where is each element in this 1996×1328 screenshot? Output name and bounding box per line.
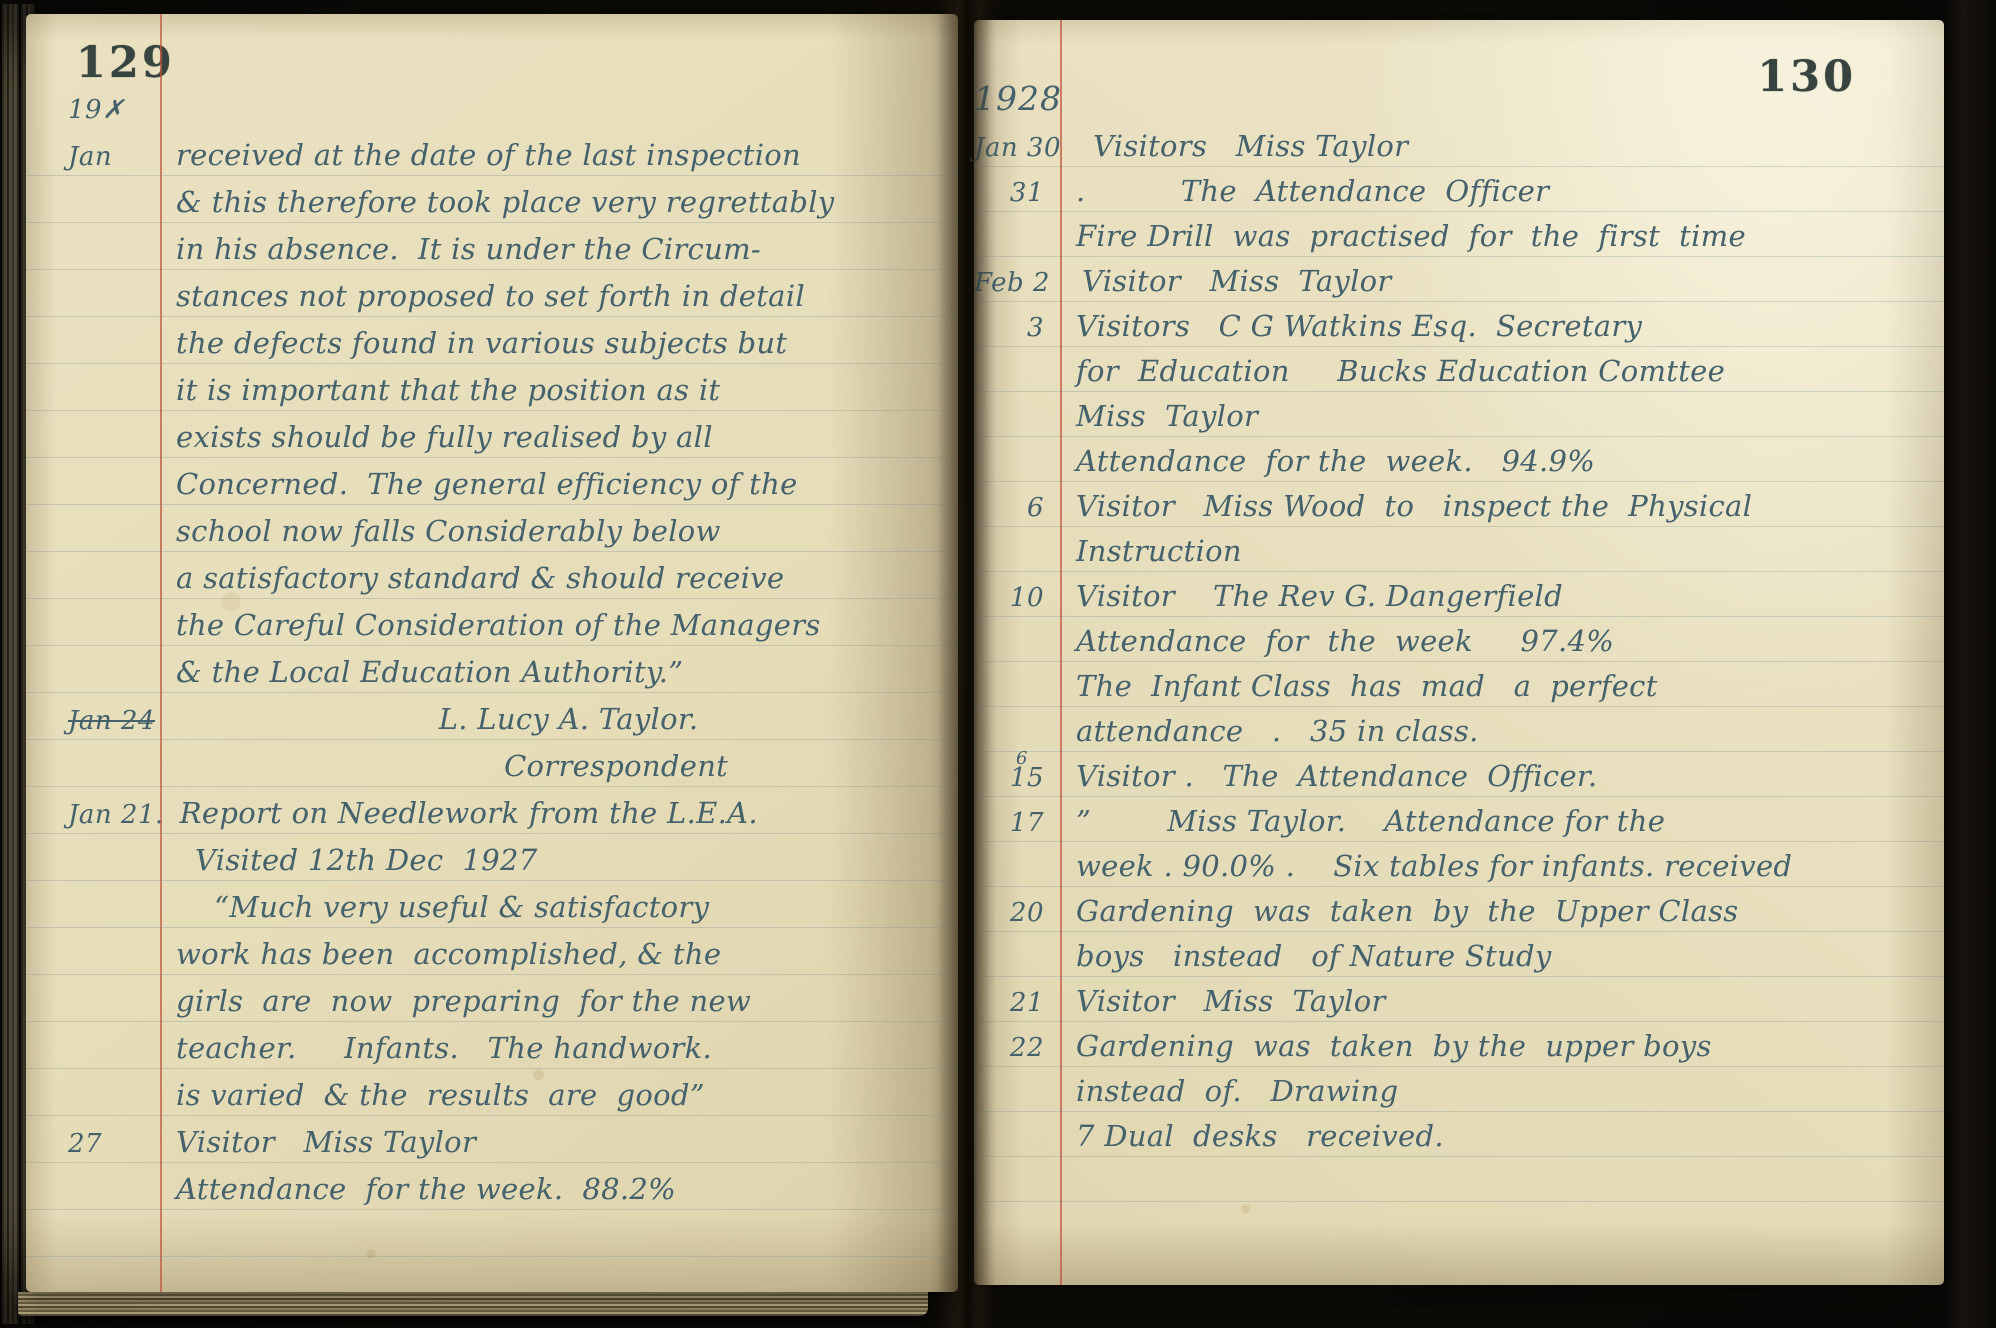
log-row: is varied & the results are good” [26,1069,958,1116]
log-row: the defects found in various subjects bu… [26,317,958,364]
log-row: a satisfactory standard & should receive [26,552,958,599]
margin-date: Jan 21. [26,800,164,830]
log-row: Instruction [974,527,1944,572]
entry-text: Gardening was taken by the upper boys [1060,1029,1944,1063]
entry-text: attendance . 35 in class. [1060,714,1944,748]
log-row: 27Visitor Miss Taylor [26,1116,958,1163]
entry-text: instead of. Drawing [1060,1074,1944,1108]
log-row: instead of. Drawing [974,1067,1944,1112]
entry-text: school now falls Considerably below [160,514,958,548]
entry-text: Correspondent [160,749,958,783]
log-row: 1928 [974,77,1944,122]
log-row: it is important that the position as it [26,364,958,411]
entry-text: received at the date of the last inspect… [160,138,958,172]
log-row: Concerned. The general efficiency of the [26,458,958,505]
margin-date: 27 [26,1129,160,1159]
log-row [974,1157,1944,1202]
margin-date: Jan [26,142,160,172]
log-row: Correspondent [26,740,958,787]
margin-date: 6 [974,493,1060,523]
entry-text: . The Attendance Officer [1060,174,1944,208]
entry-text: Miss Taylor [1060,399,1944,433]
log-row: Fire Drill was practised for the first t… [974,212,1944,257]
entry-text: & this therefore took place very regrett… [160,185,958,219]
log-row: 17” Miss Taylor. Attendance for the [974,797,1944,842]
log-row: stances not proposed to set forth in det… [26,270,958,317]
margin-date: Feb 2 [974,268,1066,298]
log-row: “Much very useful & satisfactory [26,881,958,928]
log-row: 10Visitor The Rev G. Dangerfield [974,572,1944,617]
log-row: Jan 30Visitors Miss Taylor [974,122,1944,167]
entry-text: boys instead of Nature Study [1060,939,1944,973]
entry-text: Visitors C G Watkins Esq. Secretary [1060,309,1944,343]
left-page-entries: 19✗Janreceived at the date of the last i… [26,82,958,1257]
log-row [26,1210,958,1257]
entry-text: Attendance for the week. 88.2% [160,1172,958,1206]
entry-text: ” Miss Taylor. Attendance for the [1060,804,1944,838]
entry-text: Concerned. The general efficiency of the [160,467,958,501]
margin-superscript: 6 [1016,748,1028,769]
log-row: 20Gardening was taken by the Upper Class [974,887,1944,932]
log-row: Attendance for the week 97.4% [974,617,1944,662]
entry-text: the Careful Consideration of the Manager… [160,608,958,642]
log-row: in his absence. It is under the Circum- [26,223,958,270]
log-row: Feb 2Visitor Miss Taylor [974,257,1944,302]
log-row: 21Visitor Miss Taylor [974,977,1944,1022]
entry-text: a satisfactory standard & should receive [160,561,958,595]
log-row: Jan 21.Report on Needlework from the L.E… [26,787,958,834]
stacked-page-edges-bottom [18,1292,928,1316]
margin-date: 20 [974,898,1060,928]
entry-text: Visited 12th Dec 1927 [160,843,958,877]
entry-text: for Education Bucks Education Comttee [1060,354,1944,388]
entry-text: “Much very useful & satisfactory [160,890,958,924]
log-row: boys instead of Nature Study [974,932,1944,977]
log-row: Janreceived at the date of the last insp… [26,129,958,176]
entry-text: Visitor The Rev G. Dangerfield [1060,579,1944,613]
entry-text: Attendance for the week. 94.9% [1060,444,1944,478]
entry-text: Report on Needlework from the L.E.A. [164,796,958,830]
right-page-entries: 1928Jan 30Visitors Miss Taylor31. The At… [974,77,1944,1202]
log-row: 19✗ [26,82,958,129]
log-row: 7 Dual desks received. [974,1112,1944,1157]
log-row: Attendance for the week. 88.2% [26,1163,958,1210]
log-row: Jan 24 L. Lucy A. Taylor. [26,693,958,740]
entry-text: stances not proposed to set forth in det… [160,279,958,313]
entry-text: exists should be fully realised by all [160,420,958,454]
entry-text: The Infant Class has mad a perfect [1060,669,1944,703]
log-row: The Infant Class has mad a perfect [974,662,1944,707]
entry-text: Gardening was taken by the Upper Class [1060,894,1944,928]
log-row: teacher. Infants. The handwork. [26,1022,958,1069]
log-row: week . 90.0% . Six tables for infants. r… [974,842,1944,887]
entry-text: the defects found in various subjects bu… [160,326,958,360]
entry-text: Visitor Miss Taylor [160,1125,958,1159]
entry-text: teacher. Infants. The handwork. [160,1031,958,1065]
entry-text: Visitor . The Attendance Officer. [1060,759,1944,793]
margin-date: 22 [974,1033,1060,1063]
entry-text: L. Lucy A. Taylor. [160,702,958,736]
logbook-scan: 129 19✗Janreceived at the date of the la… [0,0,1996,1328]
margin-date: 10 [974,583,1060,613]
margin-date: 1928 [974,79,1064,118]
entry-text: 7 Dual desks received. [1060,1119,1944,1153]
log-row: & the Local Education Authority.” [26,646,958,693]
log-row: school now falls Considerably below [26,505,958,552]
log-row: Miss Taylor [974,392,1944,437]
log-row: Attendance for the week. 94.9% [974,437,1944,482]
margin-date: 17 [974,808,1060,838]
log-row: 22Gardening was taken by the upper boys [974,1022,1944,1067]
log-row: work has been accomplished, & the [26,928,958,975]
entry-text: Fire Drill was practised for the first t… [1060,219,1944,253]
book-cover-edge-right [1944,0,1996,1328]
entry-text: Visitor Miss Taylor [1060,984,1944,1018]
left-page: 129 19✗Janreceived at the date of the la… [26,14,958,1292]
entry-text: Visitor Miss Taylor [1066,264,1944,298]
margin-date: 21 [974,988,1060,1018]
log-row: the Careful Consideration of the Manager… [26,599,958,646]
log-row: for Education Bucks Education Comttee [974,347,1944,392]
margin-date: Jan 24 [26,706,160,736]
entry-text: work has been accomplished, & the [160,937,958,971]
log-row: 156Visitor . The Attendance Officer. [974,752,1944,797]
margin-date: 31 [974,178,1060,208]
entry-text: Instruction [1060,534,1944,568]
margin-date: 3 [974,313,1060,343]
margin-date: Jan 30 [974,133,1077,163]
entry-text: in his absence. It is under the Circum- [160,232,958,266]
entry-text: Visitor Miss Wood to inspect the Physica… [1060,489,1944,523]
entry-text: it is important that the position as it [160,373,958,407]
log-row: 3Visitors C G Watkins Esq. Secretary [974,302,1944,347]
log-row: Visited 12th Dec 1927 [26,834,958,881]
log-row: girls are now preparing for the new [26,975,958,1022]
log-row: attendance . 35 in class. [974,707,1944,752]
log-row: 31. The Attendance Officer [974,167,1944,212]
log-row: 6Visitor Miss Wood to inspect the Physic… [974,482,1944,527]
margin-date: 156 [974,763,1060,793]
entry-text: is varied & the results are good” [160,1078,958,1112]
entry-text: & the Local Education Authority.” [160,655,958,689]
entry-text: Attendance for the week 97.4% [1060,624,1944,658]
entry-text: Visitors Miss Taylor [1077,129,1944,163]
entry-text: girls are now preparing for the new [160,984,958,1018]
log-row: & this therefore took place very regrett… [26,176,958,223]
log-row: exists should be fully realised by all [26,411,958,458]
margin-date: 19✗ [26,95,160,125]
right-page: 130 1928Jan 30Visitors Miss Taylor31. Th… [974,20,1944,1285]
entry-text: week . 90.0% . Six tables for infants. r… [1060,849,1944,883]
